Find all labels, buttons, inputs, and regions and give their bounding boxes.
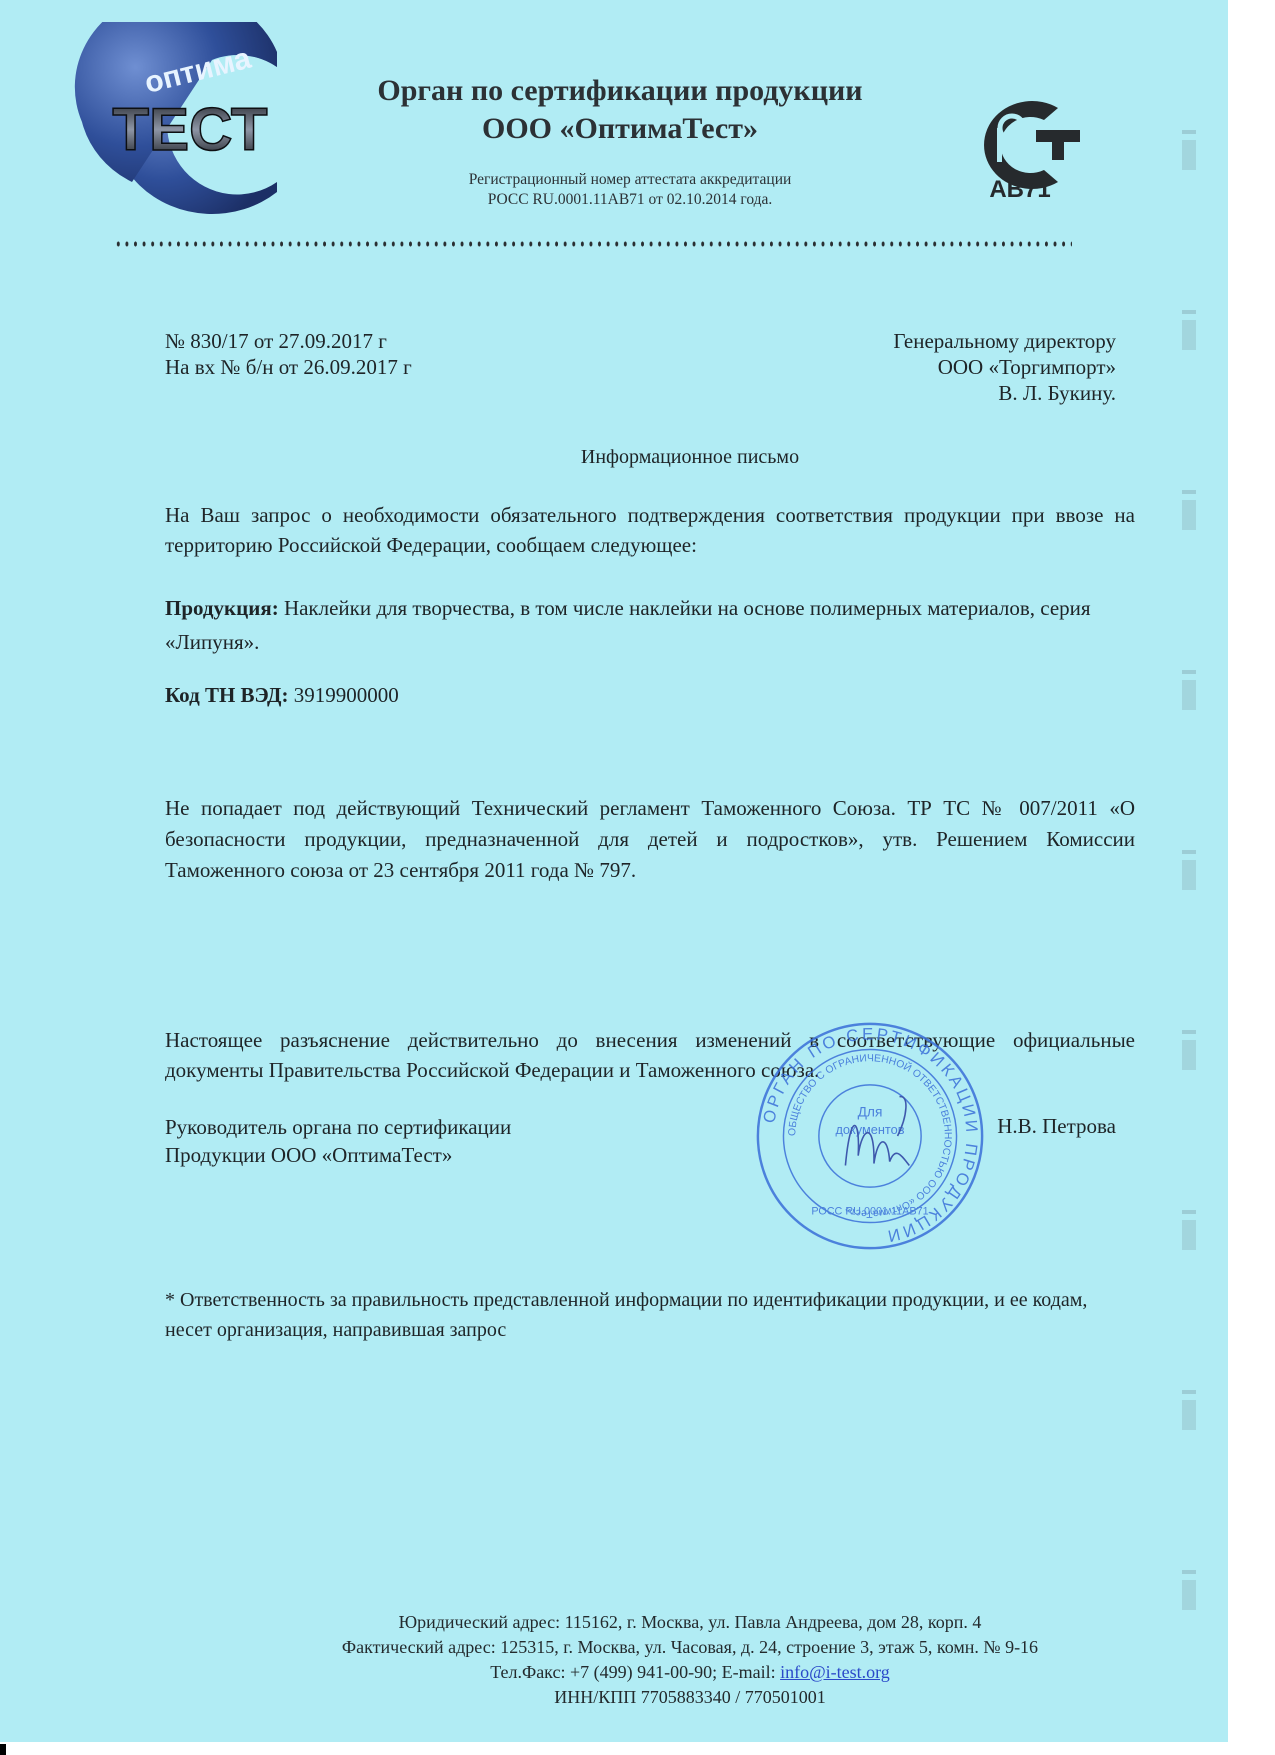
outgoing-number: № 830/17 от 27.09.2017 г bbox=[165, 328, 412, 354]
phone-fax: Тел.Факс: +7 (499) 941-00-90; E-mail: bbox=[490, 1662, 780, 1682]
signatory-name: Н.В. Петрова bbox=[997, 1113, 1116, 1139]
product-paragraph: Продукция: Наклейки для творчества, в то… bbox=[165, 591, 1105, 659]
scan-artifact bbox=[0, 1744, 6, 1755]
signatory-title-line2: Продукции ООО «ОптимаТест» bbox=[165, 1141, 511, 1169]
tax-ids: ИНН/КПП 7705883340 / 770501001 bbox=[0, 1685, 1275, 1710]
hs-code-value: 3919900000 bbox=[294, 683, 399, 707]
logo-main-text: ТЕСТ bbox=[112, 96, 267, 163]
letter-heading: Информационное письмо bbox=[0, 444, 1275, 470]
product-value: Наклейки для творчества, в том числе нак… bbox=[165, 596, 1091, 654]
letterhead-footer: Юридический адрес: 115162, г. Москва, ул… bbox=[0, 1610, 1275, 1710]
header-divider bbox=[114, 240, 1072, 248]
letter-reference: № 830/17 от 27.09.2017 г На вх № б/н от … bbox=[165, 328, 412, 380]
scan-edge-marks bbox=[1182, 0, 1196, 1742]
addressee-line: В. Л. Букину. bbox=[696, 380, 1116, 406]
validity-paragraph: Настоящее разъяснение действительно до в… bbox=[165, 1025, 1135, 1085]
signatory-title-line1: Руководитель органа по сертификации bbox=[165, 1113, 511, 1141]
stamp-inner-text: РОСС RU.0001.11АВ71 bbox=[811, 1206, 928, 1218]
hs-code: Код ТН ВЭД: 3919900000 bbox=[165, 682, 399, 708]
org-title-line1: Орган по сертификации продукции bbox=[330, 72, 910, 110]
hs-code-label: Код ТН ВЭД: bbox=[165, 683, 288, 707]
contact-line: Тел.Факс: +7 (499) 941-00-90; E-mail: in… bbox=[0, 1660, 1275, 1685]
addressee-line: ООО «Торгимпорт» bbox=[696, 354, 1116, 380]
org-title-line2: ООО «ОптимаТест» bbox=[330, 110, 910, 148]
rst-code: АВ71 bbox=[960, 176, 1080, 204]
org-title: Орган по сертификации продукции ООО «Опт… bbox=[330, 72, 910, 148]
intro-paragraph: На Ваш запрос о необходимости обязательн… bbox=[165, 500, 1135, 560]
regulation-paragraph: Не попадает под действующий Технический … bbox=[165, 793, 1135, 886]
letter-page: оптима ТЕСТ Орган по сертификации продук… bbox=[0, 0, 1228, 1742]
signatory-title: Руководитель органа по сертификации Прод… bbox=[165, 1113, 511, 1169]
accreditation-info: Регистрационный номер аттестата аккредит… bbox=[400, 170, 860, 210]
addressee: Генеральному директору ООО «Торгимпорт» … bbox=[696, 328, 1116, 406]
actual-address: Фактический адрес: 125315, г. Москва, ул… bbox=[0, 1635, 1275, 1660]
legal-address: Юридический адрес: 115162, г. Москва, ул… bbox=[0, 1610, 1275, 1635]
stamp-center-line1: Для bbox=[858, 1104, 883, 1119]
email-link[interactable]: info@i-test.org bbox=[780, 1662, 890, 1682]
product-label: Продукция: bbox=[165, 596, 279, 620]
incoming-number: На вх № б/н от 26.09.2017 г bbox=[165, 354, 412, 380]
optimatest-logo-icon: оптима ТЕСТ bbox=[72, 22, 302, 222]
accreditation-line1: Регистрационный номер аттестата аккредит… bbox=[400, 170, 860, 190]
official-stamp-icon: ОРГАН ПО СЕРТИФИКАЦИИ ПРОДУКЦИИ ОБЩЕСТВО… bbox=[752, 1018, 988, 1254]
accreditation-line2: РОСС RU.0001.11АВ71 от 02.10.2014 года. bbox=[400, 190, 860, 210]
addressee-line: Генеральному директору bbox=[696, 328, 1116, 354]
disclaimer-note: * Ответственность за правильность предст… bbox=[165, 1285, 1125, 1345]
